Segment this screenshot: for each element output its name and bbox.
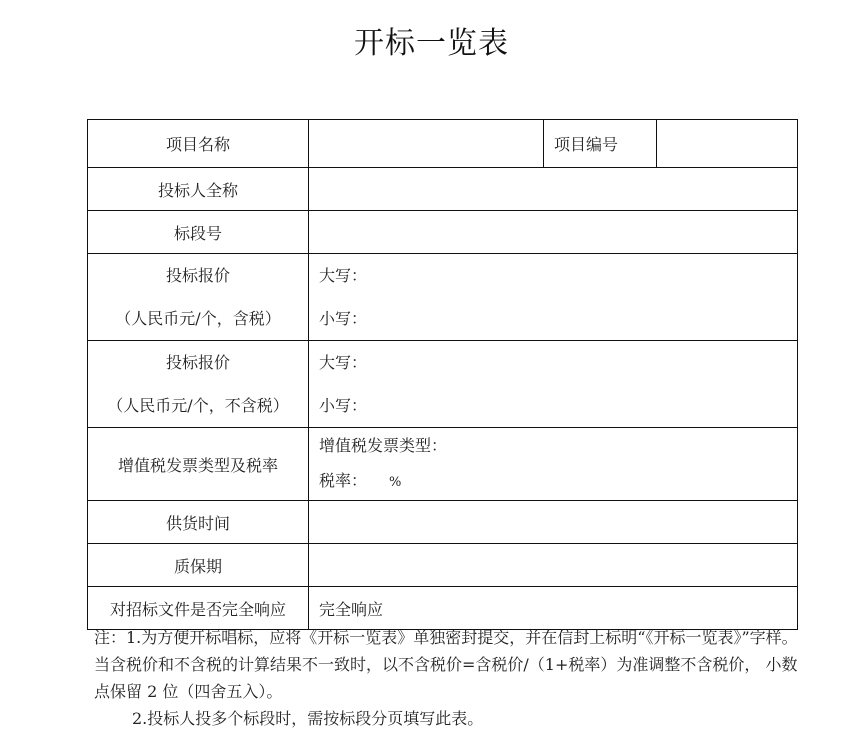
vat-type-label: 增值税发票类型： bbox=[319, 428, 797, 464]
price-excl-label-line2: （人民币元/个，不含税） bbox=[88, 384, 308, 427]
price-incl-lower-label: 小写： bbox=[319, 297, 797, 340]
notes: 注：1.为方便开标唱标，应将《开标一览表》单独密封提交，并在信封上标明“《开标一… bbox=[94, 624, 804, 732]
warranty-label: 质保期 bbox=[88, 544, 309, 587]
page-title: 开标一览表 bbox=[0, 18, 863, 62]
vat-field[interactable]: 增值税发票类型： 税率：% bbox=[309, 428, 798, 501]
warranty-field[interactable] bbox=[309, 544, 798, 587]
price-excl-field[interactable]: 大写： 小写： bbox=[309, 341, 798, 428]
bidder-label: 投标人全称 bbox=[88, 168, 309, 211]
note-2: 2.投标人投多个标段时，需按标段分页填写此表。 bbox=[94, 705, 804, 732]
price-excl-label: 投标报价 （人民币元/个，不含税） bbox=[88, 341, 309, 428]
row-project: 项目名称 项目编号 bbox=[88, 120, 798, 168]
row-bidder: 投标人全称 bbox=[88, 168, 798, 211]
price-incl-label-line2: （人民币元/个，含税） bbox=[88, 297, 308, 340]
row-price-excl-tax: 投标报价 （人民币元/个，不含税） 大写： 小写： bbox=[88, 341, 798, 428]
price-incl-field[interactable]: 大写： 小写： bbox=[309, 254, 798, 341]
price-incl-upper-label: 大写： bbox=[319, 254, 797, 297]
price-excl-label-line1: 投标报价 bbox=[88, 341, 308, 384]
project-name-field[interactable] bbox=[309, 120, 544, 168]
bidder-field[interactable] bbox=[309, 168, 798, 211]
vat-rate-unit: % bbox=[389, 475, 401, 490]
delivery-field[interactable] bbox=[309, 501, 798, 544]
price-excl-upper-label: 大写： bbox=[319, 341, 797, 384]
row-lot: 标段号 bbox=[88, 211, 798, 254]
vat-rate-line: 税率：% bbox=[319, 464, 797, 500]
row-warranty: 质保期 bbox=[88, 544, 798, 587]
row-delivery: 供货时间 bbox=[88, 501, 798, 544]
bid-opening-table: 项目名称 项目编号 投标人全称 标段号 投标报价 （人民币元/个，含税） 大写：… bbox=[87, 119, 798, 630]
vat-rate-label: 税率： bbox=[319, 471, 367, 490]
vat-label: 增值税发票类型及税率 bbox=[88, 428, 309, 501]
note-1: 注：1.为方便开标唱标，应将《开标一览表》单独密封提交，并在信封上标明“《开标一… bbox=[94, 624, 804, 705]
price-incl-label-line1: 投标报价 bbox=[88, 254, 308, 297]
lot-field[interactable] bbox=[309, 211, 798, 254]
project-name-label: 项目名称 bbox=[88, 120, 309, 168]
row-price-incl-tax: 投标报价 （人民币元/个，含税） 大写： 小写： bbox=[88, 254, 798, 341]
lot-label: 标段号 bbox=[88, 211, 309, 254]
project-no-label: 项目编号 bbox=[544, 120, 657, 168]
delivery-label: 供货时间 bbox=[88, 501, 309, 544]
row-vat: 增值税发票类型及税率 增值税发票类型： 税率：% bbox=[88, 428, 798, 501]
project-no-field[interactable] bbox=[657, 120, 798, 168]
price-incl-label: 投标报价 （人民币元/个，含税） bbox=[88, 254, 309, 341]
price-excl-lower-label: 小写： bbox=[319, 384, 797, 427]
